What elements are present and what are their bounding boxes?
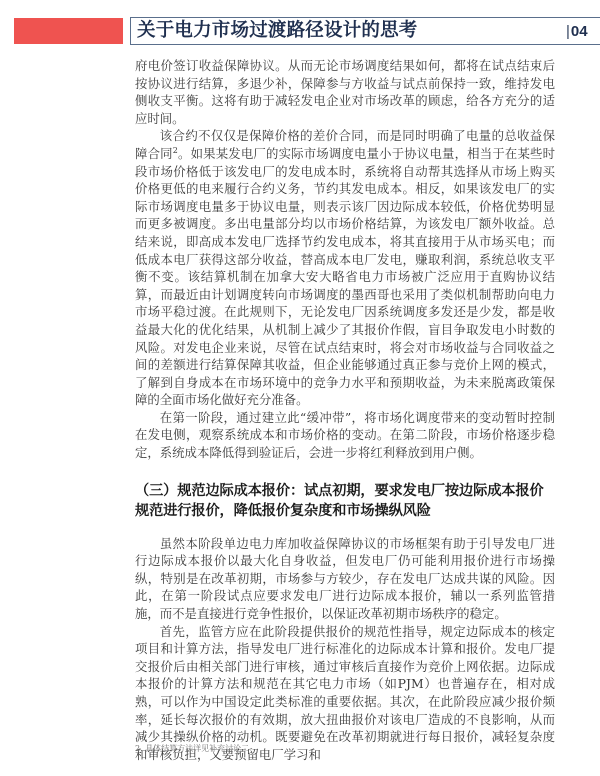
paragraph: 该合约不仅仅是保障价格的差价合同，而是同时明确了电量的总收益保障合同2。如果某发…: [135, 127, 555, 409]
page-number: |04: [566, 22, 588, 42]
header-title-bar: 关于电力市场过渡路径设计的思考 |04: [130, 17, 600, 45]
paragraph: 虽然本阶段单边电力库加收益保障协议的市场框架有助于引导发电厂进行边际成本报价以最…: [135, 535, 555, 623]
paragraph: 府电价签订收益保障协议。从而无论市场调度结果如何，都将在试点结束后按协议进行结算…: [135, 57, 555, 127]
page-separator: |: [566, 23, 570, 40]
page-number-value: 04: [571, 23, 588, 40]
paragraph: 在第一阶段，通过建立此“缓冲带”，将市场化调度带来的变动暂时控制在发电侧，观察系…: [135, 409, 555, 462]
footnote: 2. 具体结算方法详见补充讨论二: [135, 744, 249, 754]
section-heading: （三）规范边际成本报价：试点初期，要求发电厂按边际成本报价规范进行报价，降低报价…: [135, 481, 555, 521]
page-title: 关于电力市场过渡路径设计的思考: [137, 19, 418, 43]
paragraph: 首先，监管方应在此阶段提供报价的规范性指导，规定边际成本的核定项目和计算方法，指…: [135, 623, 555, 764]
paragraph-text: 。如果某发电厂的实际市场调度电量小于协议电量，相当于在某些时段市场价格低于该发电…: [135, 146, 555, 407]
header-accent-block: [14, 18, 123, 44]
article-body: 府电价签订收益保障协议。从而无论市场调度结果如何，都将在试点结束后按协议进行结算…: [135, 57, 555, 763]
